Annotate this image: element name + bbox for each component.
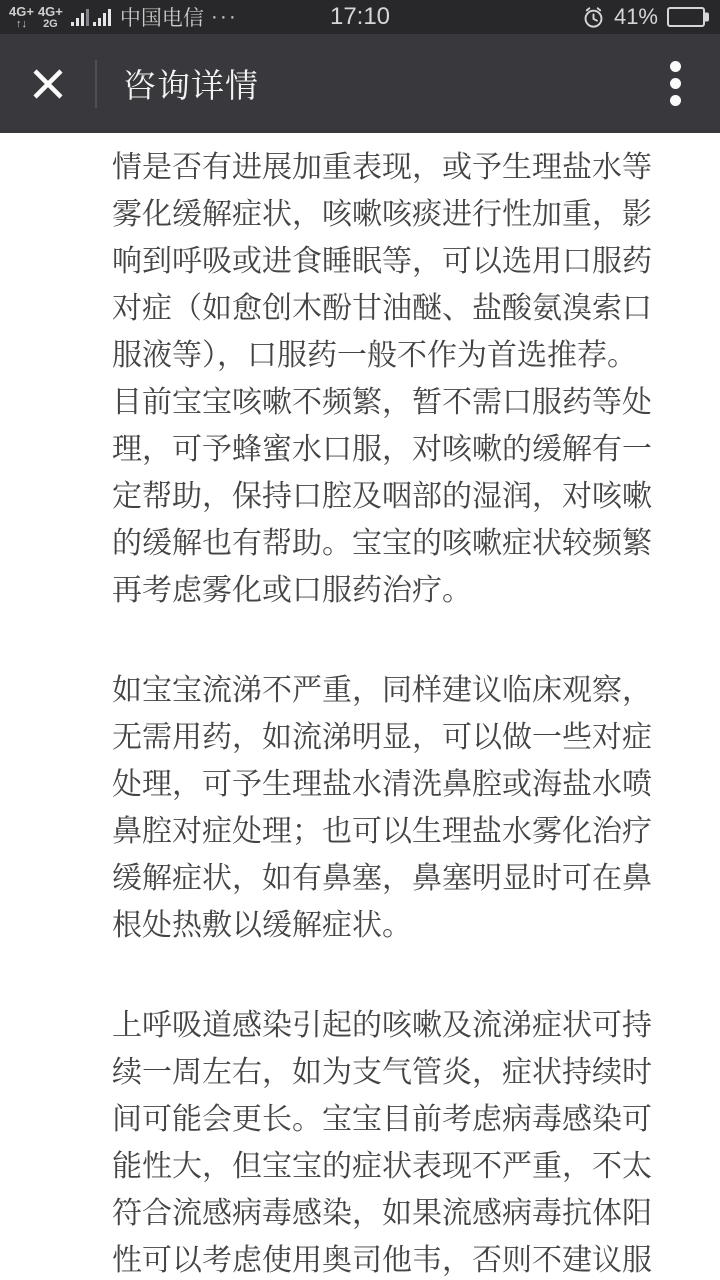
phone-screen: 4G+ ↑↓ 4G+ 2G 中国电信 ··· 17:10 [0, 0, 720, 1280]
consultation-detail-text[interactable]: 情是否有进展加重表现，或予生理盐水等 雾化缓解症状，咳嗽咳痰进行性加重，影 响到… [0, 133, 720, 1280]
sim2-network-sub: 2G [43, 19, 58, 30]
close-button[interactable] [0, 34, 95, 133]
sim2-network-badge: 4G+ 2G [38, 5, 63, 30]
status-bar: 4G+ ↑↓ 4G+ 2G 中国电信 ··· 17:10 [0, 0, 720, 34]
data-arrows-icon: ↑↓ [16, 19, 27, 30]
kebab-menu-icon [670, 61, 681, 72]
battery-percent-label: 41% [614, 4, 658, 30]
page-title: 咨询详情 [123, 60, 259, 107]
sim2-network-type: 4G+ [38, 5, 63, 18]
nav-bar: 咨询详情 [0, 34, 720, 133]
sim2-signal-bars-icon [93, 8, 111, 26]
carrier-name: 中国电信 [120, 2, 204, 32]
battery-nub [705, 13, 709, 22]
close-icon [31, 67, 65, 101]
sim1-network-badge: 4G+ ↑↓ [9, 5, 34, 30]
carrier-suffix-dots: ··· [211, 5, 238, 29]
status-bar-right: 41% [582, 4, 711, 30]
paragraph-cough-advice: 情是否有进展加重表现，或予生理盐水等 雾化缓解症状，咳嗽咳痰进行性加重，影 响到… [112, 144, 686, 614]
battery-icon [667, 7, 705, 27]
sim1-signal-bars-icon [71, 8, 89, 26]
sim1-network-type: 4G+ [9, 5, 34, 18]
nav-divider [95, 60, 97, 108]
more-menu-button[interactable] [650, 43, 720, 124]
paragraph-runny-nose-advice: 如宝宝流涕不严重，同样建议临床观察， 无需用药，如流涕明显，可以做一些对症 处理… [112, 667, 686, 949]
alarm-clock-icon [582, 6, 605, 29]
paragraph-infection-course: 上呼吸道感染引起的咳嗽及流涕症状可持 续一周左右，如为支气管炎，症状持续时 间可… [112, 1002, 686, 1280]
